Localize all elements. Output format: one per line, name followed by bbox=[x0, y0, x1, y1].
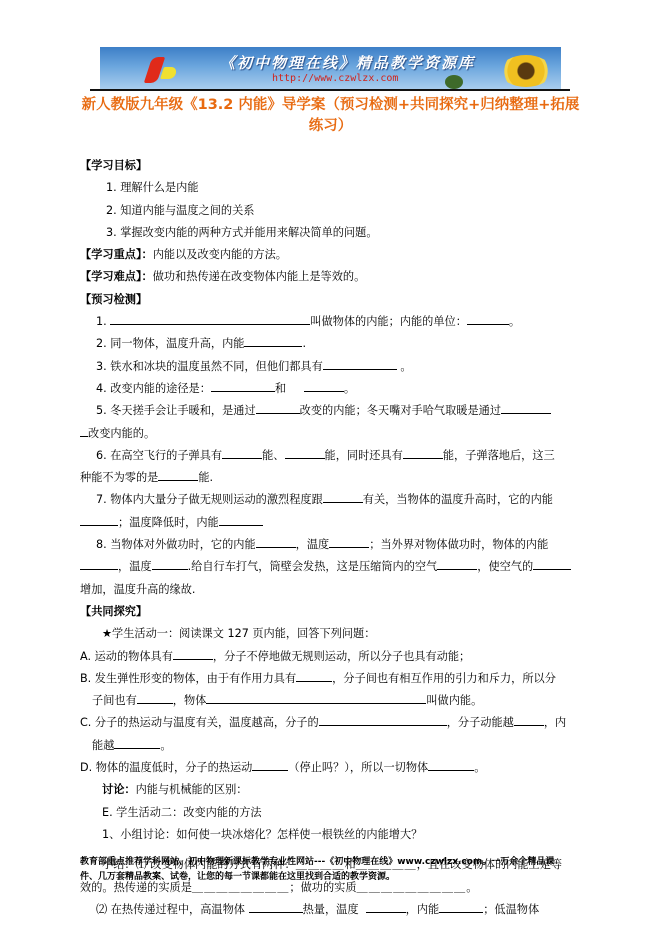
q-number: 1. bbox=[96, 315, 107, 328]
document-body: 【学习目标】 1. 理解什么是内能 2. 知道内能与温度之间的关系 3. 掌握改… bbox=[80, 155, 580, 921]
answer-blank[interactable] bbox=[403, 447, 443, 459]
preview-q6-cont: 种能不为零的是能. bbox=[80, 467, 580, 489]
answer-blank[interactable] bbox=[252, 759, 288, 771]
preview-q7: 7. 物体内大量分子做无规则运动的激烈程度跟有关，当物体的温度升高时，它的内能 bbox=[80, 489, 580, 511]
activity-two: E. 学生活动二：改变内能的方法 bbox=[80, 802, 580, 824]
goals-heading: 【学习目标】 bbox=[80, 155, 580, 177]
preview-heading: 【预习检测】 bbox=[80, 289, 580, 311]
answer-blank[interactable] bbox=[80, 558, 118, 570]
q-text: 改变内能的。 bbox=[88, 427, 155, 440]
spacer bbox=[80, 846, 580, 854]
group-discussion: 1、小组讨论：如何使一块冰熔化？怎样使一根铁丝的内能增大？ bbox=[80, 824, 580, 846]
answer-blank[interactable] bbox=[533, 558, 571, 570]
explore-heading: 【共同探究】 bbox=[80, 601, 580, 623]
logo-accent-icon bbox=[160, 67, 178, 79]
q-text: 热量，温度 bbox=[303, 903, 359, 916]
answer-blank[interactable] bbox=[437, 558, 477, 570]
q-text: 4. 改变内能的途径是： bbox=[96, 382, 211, 395]
q-text: 。 bbox=[509, 315, 520, 328]
page-footer: 教育部重点推荐学科网站、初中物理新课标教学专业性网站---《初中物理在线》www… bbox=[80, 855, 580, 885]
q-text: 。 bbox=[400, 360, 411, 373]
answer-blank[interactable] bbox=[80, 514, 118, 526]
preview-q7-cont: ；温度降低时，内能 bbox=[80, 512, 580, 534]
answer-blank[interactable] bbox=[467, 313, 509, 325]
q-text: D. 物体的温度低时，分子的热运动 bbox=[80, 761, 252, 774]
answer-blank[interactable] bbox=[244, 335, 302, 347]
q-text: 子间也有 bbox=[92, 694, 137, 707]
explore-c-cont: 能越。 bbox=[80, 735, 580, 757]
q-text: （停止吗？），所以一切物体 bbox=[288, 761, 428, 774]
preview-q8: 8. 当物体对外做功时，它的内能，温度；当外界对物体做功时，物体的内能 bbox=[80, 534, 580, 556]
document-title: 新人教版九年级《13.2 内能》导学案（预习检测+共同探究+归纳整理+拓展练习） bbox=[78, 95, 583, 137]
q-text: 叫做物体的内能；内能的单位： bbox=[310, 315, 467, 328]
answer-blank[interactable] bbox=[173, 648, 213, 660]
explore-b-cont: 子间也有，物体叫做内能。 bbox=[80, 690, 580, 712]
q-text: ；温度降低时，内能 bbox=[118, 516, 219, 529]
preview-q8-cont: ，温度.给自行车打气，筒壁会发热，这是压缩筒内的空气，使空气的 bbox=[80, 556, 580, 578]
preview-q6: 6. 在高空飞行的子弹具有能、能，同时还具有能，子弹落地后，这三 bbox=[80, 445, 580, 467]
discussion-label: 讨论： bbox=[102, 783, 136, 796]
answer-blank[interactable] bbox=[158, 469, 198, 481]
q-text: 5. 冬天搓手会让手暖和，是通过 bbox=[96, 404, 256, 417]
summary-2: ⑵ 在热传递过程中，高温物体 热量，温度 ，内能；低温物体 bbox=[80, 899, 580, 921]
q-text: .给自行车打气，筒壁会发热，这是压缩筒内的空气 bbox=[188, 560, 438, 573]
focus-heading: 【学习重点】： bbox=[80, 248, 153, 261]
q-text: 3. 铁水和冰块的温度虽然不同，但他们都具有 bbox=[96, 360, 323, 373]
q-text: ；当外界对物体做功时，物体的内能 bbox=[369, 538, 548, 551]
q-text: ，分子间也有相互作用的引力和斥力，所以分 bbox=[332, 672, 556, 685]
answer-blank[interactable] bbox=[222, 447, 262, 459]
answer-blank[interactable] bbox=[501, 402, 551, 414]
q-text: 改变的内能；冬天嘴对手哈气取暖是通过 bbox=[300, 404, 501, 417]
answer-blank[interactable] bbox=[285, 447, 325, 459]
q-text: 能. bbox=[198, 471, 213, 484]
banner-url: http://www.czwlzx.com bbox=[272, 73, 398, 84]
footer-line: 件、几万套精品教案、试卷，让您的每一节课都能在这里找到合适的教学资源。 bbox=[80, 870, 580, 885]
focus-row: 【学习重点】：内能以及改变内能的方法。 bbox=[80, 244, 580, 266]
preview-q4: 4. 改变内能的途径是：和 。 bbox=[80, 378, 580, 400]
q-text: 能越 bbox=[92, 739, 114, 752]
answer-blank[interactable] bbox=[80, 425, 88, 437]
q-text: ；低温物体 bbox=[483, 903, 539, 916]
answer-blank[interactable] bbox=[323, 491, 363, 503]
goal-item: 3. 掌握改变内能的两种方式并能用来解决简单的问题。 bbox=[80, 222, 580, 244]
answer-blank[interactable] bbox=[114, 737, 160, 749]
answer-blank[interactable] bbox=[256, 536, 296, 548]
banner-title: 《初中物理在线》精品教学资源库 bbox=[220, 52, 475, 73]
footer-line: 教育部重点推荐学科网站、初中物理新课标教学专业性网站---《初中物理在线》www… bbox=[80, 855, 580, 870]
answer-blank[interactable] bbox=[249, 901, 303, 913]
explore-c: C. 分子的热运动与温度有关，温度越高，分子的，分子动能越，内 bbox=[80, 712, 580, 734]
q-text: ，温度 bbox=[296, 538, 330, 551]
difficulty-text: 做功和热传递在改变物体内能上是等效的。 bbox=[153, 270, 366, 283]
q-text: C. 分子的热运动与温度有关，温度越高，分子的 bbox=[80, 716, 319, 729]
answer-blank[interactable] bbox=[304, 380, 344, 392]
answer-blank[interactable] bbox=[211, 380, 275, 392]
answer-blank[interactable] bbox=[439, 901, 483, 913]
q-text: 种能不为零的是 bbox=[80, 471, 158, 484]
q-text: 6. 在高空飞行的子弹具有 bbox=[96, 449, 222, 462]
q-text: ⑵ 在热传递过程中，高温物体 bbox=[96, 903, 245, 916]
q-text: 。 bbox=[344, 382, 355, 395]
q-text: ，内能 bbox=[406, 903, 440, 916]
banner-divider bbox=[90, 89, 570, 91]
answer-blank[interactable] bbox=[428, 759, 474, 771]
q-text: ，使空气的 bbox=[477, 560, 533, 573]
difficulty-row: 【学习难点】：做功和热传递在改变物体内能上是等效的。 bbox=[80, 266, 580, 288]
answer-blank[interactable] bbox=[319, 714, 447, 726]
leaf-icon bbox=[445, 75, 463, 89]
preview-q2: 2. 同一物体，温度升高，内能. bbox=[80, 333, 580, 355]
q-text: ，分子不停地做无规则运动，所以分子也具有动能； bbox=[213, 650, 470, 663]
q-text: 和 bbox=[275, 382, 286, 395]
q-text: . bbox=[302, 337, 306, 350]
goal-item: 1. 理解什么是内能 bbox=[80, 177, 580, 199]
answer-blank[interactable] bbox=[329, 536, 369, 548]
answer-blank[interactable] bbox=[137, 692, 173, 704]
q-text: 有关，当物体的温度升高时，它的内能 bbox=[363, 493, 553, 506]
q-text: A. 运动的物体具有 bbox=[80, 650, 173, 663]
sunflower-icon bbox=[500, 55, 552, 87]
answer-blank[interactable] bbox=[366, 901, 406, 913]
q-text: 叫做内能。 bbox=[426, 694, 482, 707]
explore-b: B. 发生弹性形变的物体，由于有作用力具有，分子间也有相互作用的引力和斥力，所以… bbox=[80, 668, 580, 690]
q-text: 。 bbox=[160, 739, 171, 752]
answer-blank[interactable] bbox=[219, 514, 263, 526]
preview-q1: 1. 叫做物体的内能；内能的单位：。 bbox=[80, 311, 580, 333]
preview-q8-cont2: 增加，温度升高的缘故. bbox=[80, 579, 580, 601]
q-text: 能，同时还具有 bbox=[325, 449, 403, 462]
q-text: 7. 物体内大量分子做无规则运动的激烈程度跟 bbox=[96, 493, 323, 506]
preview-q5-cont: 改变内能的。 bbox=[80, 423, 580, 445]
q-text: 能、 bbox=[262, 449, 284, 462]
answer-blank[interactable] bbox=[256, 402, 300, 414]
preview-q3: 3. 铁水和冰块的温度虽然不同，但他们都具有 。 bbox=[80, 356, 580, 378]
discussion-text: 内能与机械能的区别： bbox=[136, 783, 248, 796]
preview-q5: 5. 冬天搓手会让手暖和，是通过改变的内能；冬天嘴对手哈气取暖是通过 bbox=[80, 400, 580, 422]
site-banner: 《初中物理在线》精品教学资源库 http://www.czwlzx.com bbox=[100, 47, 561, 89]
q-text: ，物体 bbox=[173, 694, 207, 707]
goal-item: 2. 知道内能与温度之间的关系 bbox=[80, 200, 580, 222]
q-text: ，温度 bbox=[118, 560, 152, 573]
explore-a: A. 运动的物体具有，分子不停地做无规则运动，所以分子也具有动能； bbox=[80, 646, 580, 668]
q-text: 能，子弹落地后，这三 bbox=[443, 449, 555, 462]
focus-text: 内能以及改变内能的方法。 bbox=[153, 248, 287, 261]
activity-one: ★学生活动一：阅读课文 127 页内能，回答下列问题： bbox=[80, 623, 580, 645]
q-text: 8. 当物体对外做功时，它的内能 bbox=[96, 538, 256, 551]
q-text: 。 bbox=[474, 761, 485, 774]
q-text: B. 发生弹性形变的物体，由于有作用力具有 bbox=[80, 672, 296, 685]
q-text: ，分子动能越 bbox=[447, 716, 514, 729]
difficulty-heading: 【学习难点】： bbox=[80, 270, 153, 283]
q-text: ，内 bbox=[544, 716, 566, 729]
discussion-row: 讨论：内能与机械能的区别： bbox=[80, 779, 580, 801]
answer-blank[interactable] bbox=[152, 558, 188, 570]
answer-blank[interactable] bbox=[110, 313, 310, 325]
answer-blank[interactable] bbox=[206, 692, 426, 704]
answer-blank[interactable] bbox=[514, 714, 544, 726]
answer-blank[interactable] bbox=[323, 358, 397, 370]
explore-d: D. 物体的温度低时，分子的热运动（停止吗？），所以一切物体。 bbox=[80, 757, 580, 779]
answer-blank[interactable] bbox=[296, 670, 332, 682]
q-text: 2. 同一物体，温度升高，内能 bbox=[96, 337, 244, 350]
